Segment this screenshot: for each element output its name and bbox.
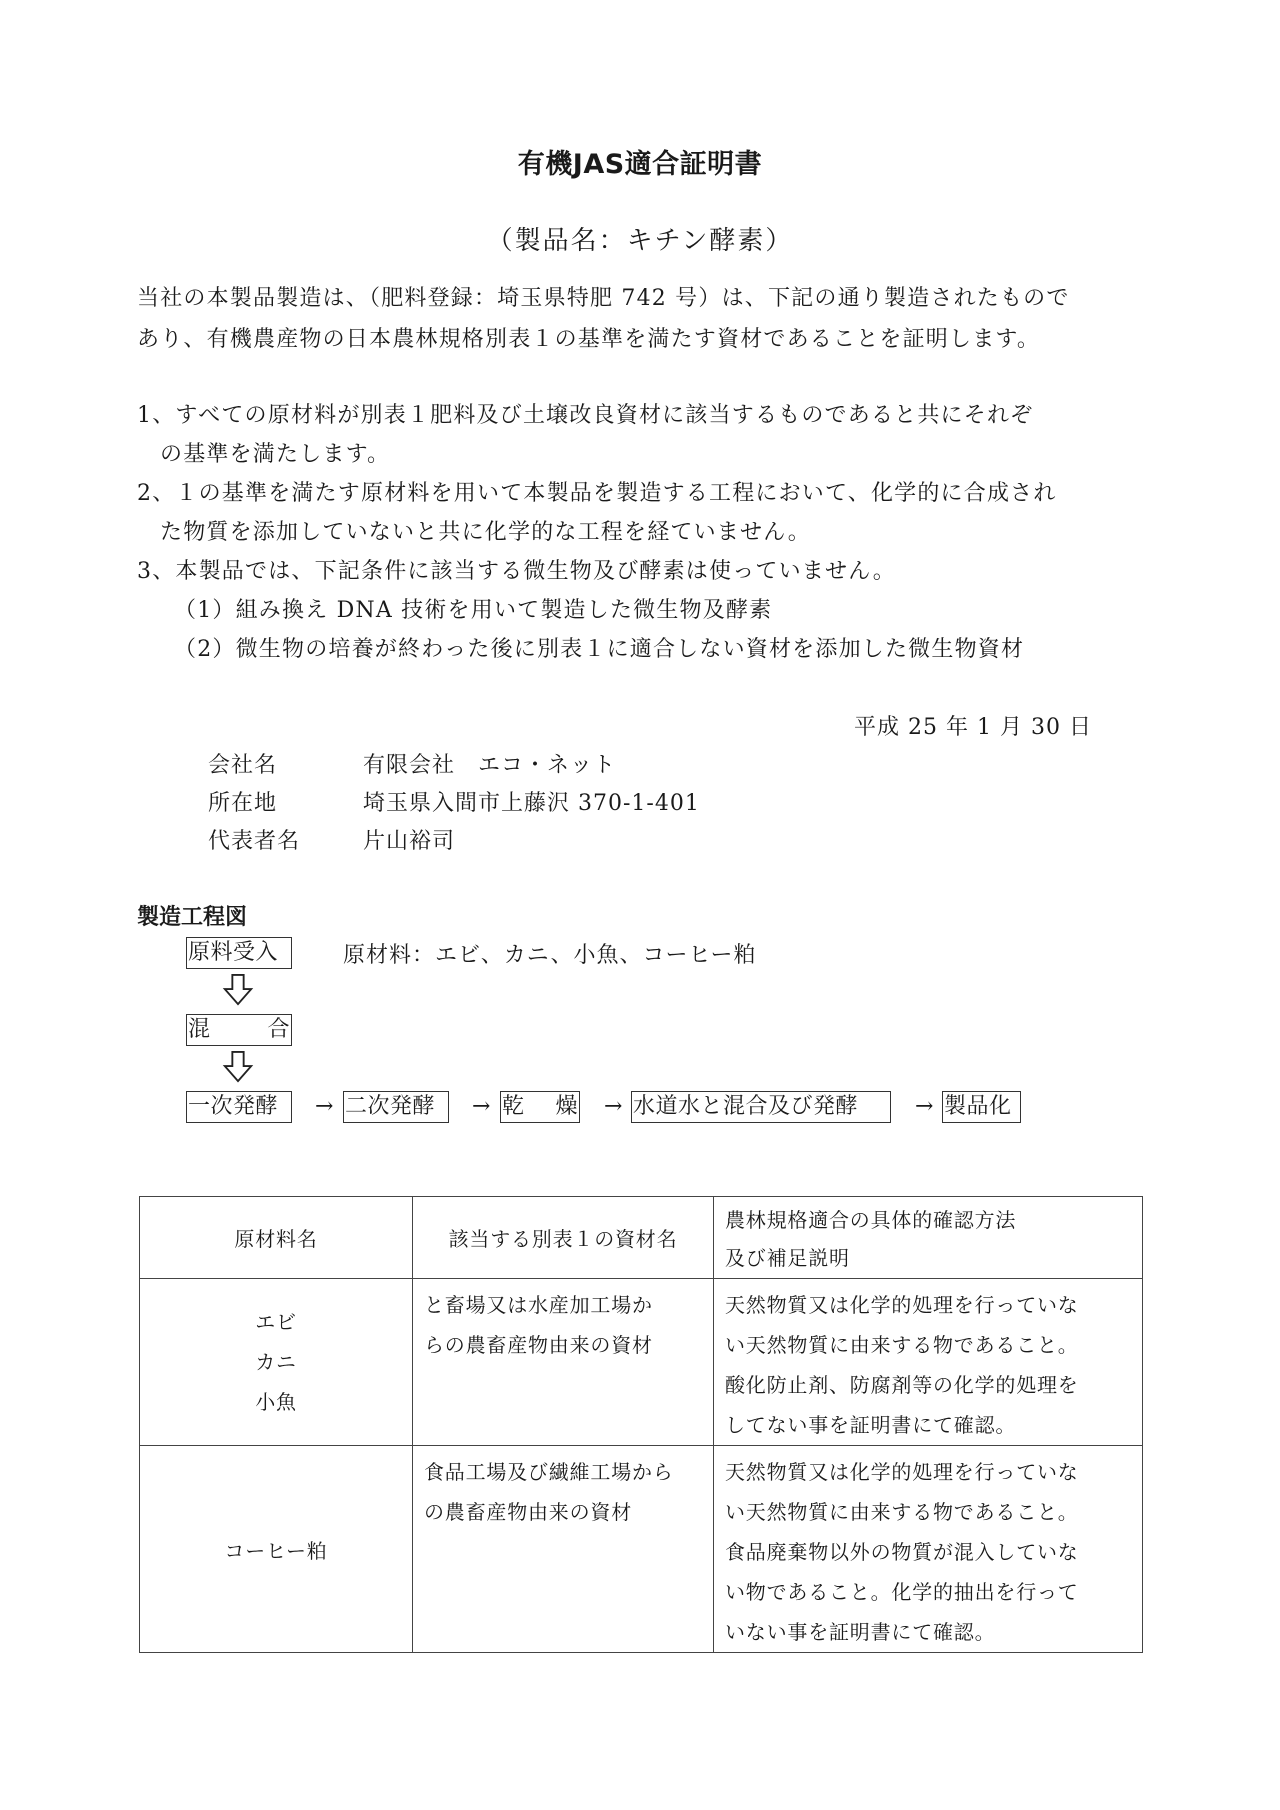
step-raw-material-intake: 原料受入 [186,937,292,969]
step-label: 一次発酵 [188,1092,278,1122]
cell-appendix-category: 食品工場及び繊維工場から の農畜産物由来の資材 [413,1446,714,1653]
notes-line: いない事を証明書にて確認。 [725,1612,1142,1652]
list-item-2-line-1: 2、１の基準を満たす原材料を用いて本製品を製造する工程において、化学的に合成され [137,476,1057,507]
notes-line: い天然物質に由来する物であること。 [725,1492,1142,1532]
step-label: 原料受入 [188,938,278,968]
address-value: 埼玉県入間市上藤沢 370-1-401 [363,786,700,817]
header-appendix-material-name: 該当する別表１の資材名 [413,1197,714,1279]
table-header-row: 原材料名 該当する別表１の資材名 農林規格適合の具体的確認方法 及び補足説明 [140,1197,1143,1279]
list-item-2-line-2: た物質を添加していないと共に化学的な工程を経ていません。 [160,515,811,546]
category-line: の農畜産物由来の資材 [424,1492,713,1532]
list-item-1-line-2: の基準を満たします。 [160,437,390,468]
notes-line: 酸化防止剤、防腐剤等の化学的処理を [725,1365,1142,1405]
step-label: 二次発酵 [345,1092,435,1122]
company-name-label: 会社名 [208,748,277,779]
representative-value: 片山裕司 [363,824,455,855]
step-drying: 乾 燥 [500,1091,580,1123]
step-label-char-2: 燥 [555,1092,578,1122]
product-name-subtitle: （製品名：キチン酵素） [0,220,1280,257]
raw-materials-note: 原材料：エビ、カニ、小魚、コーヒー粕 [343,938,757,969]
representative-label: 代表者名 [208,824,300,855]
material-name: エビ [140,1302,412,1342]
step-secondary-fermentation: 二次発酵 [343,1091,449,1123]
step-label: 水道水と混合及び発酵 [633,1092,858,1122]
document-title: 有機JAS適合証明書 [0,142,1280,181]
right-arrow-icon: → [604,1091,622,1123]
category-line: と畜場又は水産加工場か [424,1285,713,1325]
step-label-char-2: 合 [267,1015,290,1045]
list-item-3-sub-1: （1）組み換え DNA 技術を用いて製造した微生物及酵素 [174,593,772,624]
down-arrow-icon [222,1051,254,1083]
category-line: らの農畜産物由来の資材 [424,1325,713,1365]
notes-line: い物であること。化学的抽出を行って [725,1572,1142,1612]
material-name: カニ [140,1342,412,1382]
intro-line-1: 当社の本製品製造は、（肥料登録：埼玉県特肥 742 号）は、下記の通り製造された… [137,281,1070,312]
intro-line-2: あり、有機農産物の日本農林規格別表１の基準を満たす資材であることを証明します。 [137,322,1040,353]
material-name: 小魚 [140,1382,412,1422]
company-name-value: 有限会社 エコ・ネット [363,748,616,779]
material-name: コーヒー粕 [140,1535,412,1564]
header-verification-line-2: 及び補足説明 [725,1239,1142,1277]
notes-line: 天然物質又は化学的処理を行っていな [725,1285,1142,1325]
right-arrow-icon: → [315,1091,333,1123]
materials-table: 原材料名 該当する別表１の資材名 農林規格適合の具体的確認方法 及び補足説明 エ… [139,1196,1143,1653]
notes-line: 天然物質又は化学的処理を行っていな [725,1452,1142,1492]
step-label-char-1: 混 [188,1015,211,1045]
right-arrow-icon: → [915,1091,933,1123]
step-label: 製品化 [944,1092,1012,1122]
header-verification-line-1: 農林規格適合の具体的確認方法 [725,1201,1142,1239]
step-primary-fermentation: 一次発酵 [186,1091,292,1123]
down-arrow-icon [222,974,254,1006]
list-item-1-line-1: 1、すべての原材料が別表１肥料及び土壌改良資材に該当するものであると共にそれぞ [137,398,1033,429]
address-label: 所在地 [208,786,277,817]
notes-line: 食品廃棄物以外の物質が混入していな [725,1532,1142,1572]
notes-line: い天然物質に由来する物であること。 [725,1325,1142,1365]
cell-raw-materials: エビ カニ 小魚 [140,1279,413,1446]
cell-verification-notes: 天然物質又は化学的処理を行っていな い天然物質に由来する物であること。 酸化防止… [714,1279,1143,1446]
cell-appendix-category: と畜場又は水産加工場か らの農畜産物由来の資材 [413,1279,714,1446]
header-verification-method: 農林規格適合の具体的確認方法 及び補足説明 [714,1197,1143,1279]
table-row: コーヒー粕 食品工場及び繊維工場から の農畜産物由来の資材 天然物質又は化学的処… [140,1446,1143,1653]
list-item-3-sub-2: （2）微生物の培養が終わった後に別表１に適合しない資材を添加した微生物資材 [174,632,1024,663]
step-mixing: 混 合 [186,1014,292,1046]
cell-verification-notes: 天然物質又は化学的処理を行っていな い天然物質に由来する物であること。 食品廃棄… [714,1446,1143,1653]
step-label-char-1: 乾 [502,1092,525,1122]
process-diagram-heading: 製造工程図 [137,900,247,931]
issue-date: 平成 25 年 1 月 30 日 [854,710,1092,741]
table-row: エビ カニ 小魚 と畜場又は水産加工場か らの農畜産物由来の資材 天然物質又は化… [140,1279,1143,1446]
step-productization: 製品化 [942,1091,1021,1123]
list-item-3-line-1: 3、本製品では、下記条件に該当する微生物及び酵素は使っていません。 [137,554,896,585]
header-raw-material-name: 原材料名 [140,1197,413,1279]
cell-raw-materials: コーヒー粕 [140,1446,413,1653]
category-line: 食品工場及び繊維工場から [424,1452,713,1492]
step-mix-with-tap-water-and-ferment: 水道水と混合及び発酵 [631,1091,891,1123]
notes-line: してない事を証明書にて確認。 [725,1405,1142,1445]
right-arrow-icon: → [472,1091,490,1123]
